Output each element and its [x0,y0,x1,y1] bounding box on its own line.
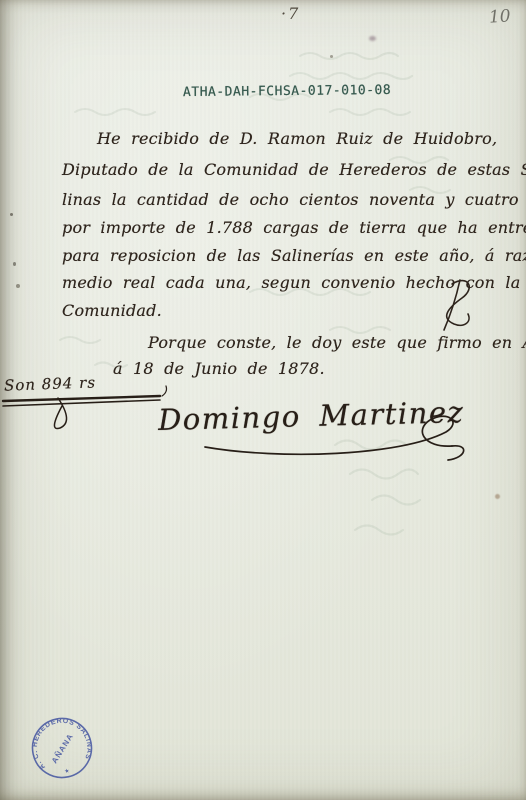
stamp-center-text: AÑANA [50,732,75,765]
stain [16,284,20,288]
manuscript-line: medio real cada una, segun convenio hech… [62,273,526,292]
manuscript-line: Diputado de la Comunidad de Herederos de… [62,160,526,179]
stamp-star-icon: ★ [64,767,71,775]
folio-number: ·7 [281,4,300,23]
stain [10,213,13,216]
manuscript-line: para reposicion de las Salinerías en est… [62,246,526,265]
stain [330,55,333,58]
corner-page-number: 10 [488,6,511,27]
manuscript-line: á 18 de Junio de 1878. [113,359,325,378]
archive-reference-code: ATHA-DAH-FCHSA-017-010-08 [183,83,391,100]
heirs-community-stamp: A. C. HEREDEROS SALINAS AÑANA ★ [15,701,110,796]
manuscript-line: Porque conste, le doy este que firmo en … [148,333,526,352]
manuscript-line: Comunidad. [62,301,162,320]
manuscript-line: linas la cantidad de ocho cientos novent… [62,190,526,209]
signature: Domingo Martinez [158,395,465,437]
manuscript-line: por importe de 1.788 cargas de tierra qu… [62,218,526,237]
manuscript-line: He recibido de D. Ramon Ruiz de Huidobro… [97,129,497,148]
manuscript-page: ·7 10 ATHA-DAH-FCHSA-017-010-08 He recib… [0,0,526,800]
stain [13,262,16,266]
margin-amount-note: Son 894 rs [4,373,97,394]
stain [369,36,376,41]
stain [495,494,500,499]
